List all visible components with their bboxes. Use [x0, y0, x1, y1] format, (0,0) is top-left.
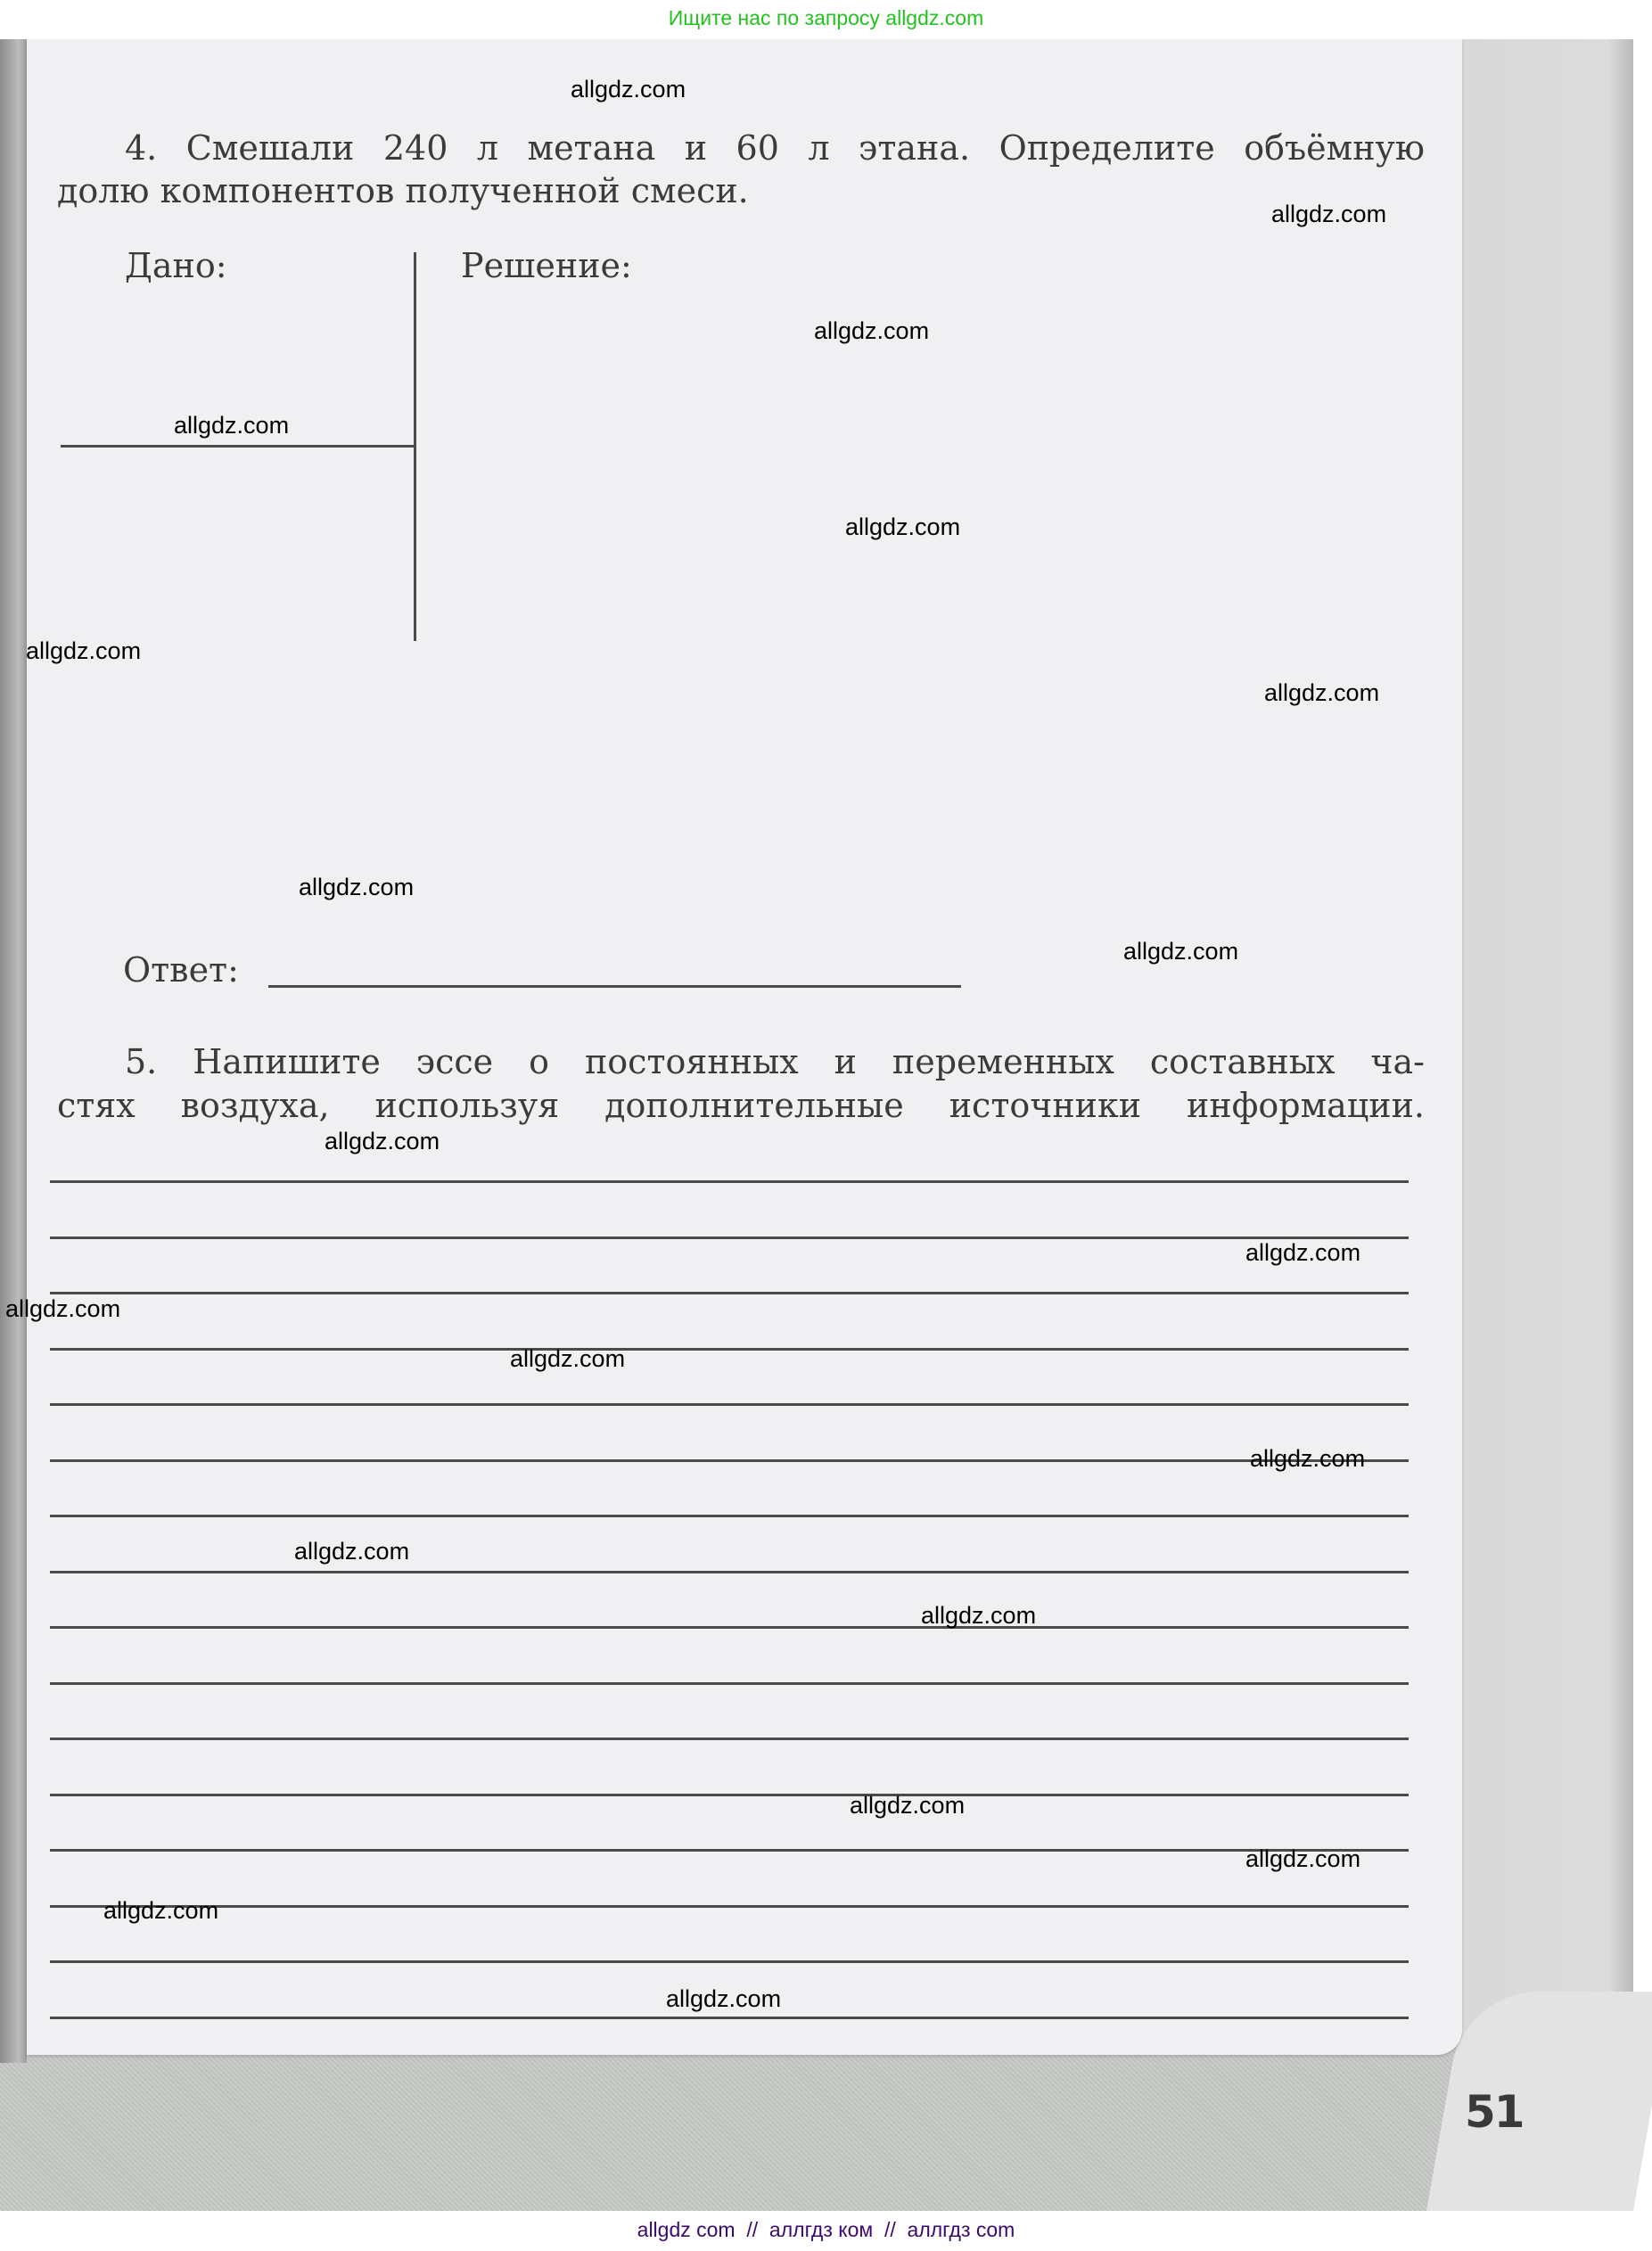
solution-label: Решение:: [461, 246, 632, 285]
watermark: allgdz.com: [299, 874, 414, 901]
watermark: allgdz.com: [845, 513, 960, 541]
watermark: allgdz.com: [921, 1602, 1036, 1630]
task5-line1: 5. Напишите эссе о постоянных и переменн…: [125, 1042, 1425, 1081]
task5-line2: стях воздуха, используя дополнительные и…: [57, 1086, 1425, 1125]
worksheet-page: 4. Смешали 240 л метана и 60 л этана. Оп…: [27, 39, 1462, 2055]
watermark: allgdz.com: [814, 317, 929, 345]
top-banner: Ищите нас по запросу allgdz.com: [0, 0, 1652, 39]
ruled-line[interactable]: [50, 1626, 1409, 1629]
watermark: allgdz.com: [1264, 679, 1379, 707]
watermark: allgdz.com: [510, 1345, 625, 1373]
ruled-line[interactable]: [50, 1403, 1409, 1406]
task4-line2: долю компонентов полученной смеси.: [57, 171, 749, 210]
ruled-line[interactable]: [50, 1236, 1409, 1239]
watermark: allgdz.com: [1245, 1239, 1360, 1267]
watermark: allgdz.com: [325, 1128, 440, 1155]
ruled-line[interactable]: [50, 1960, 1409, 1963]
watermark: allgdz.com: [666, 1985, 781, 2013]
watermark: allgdz.com: [1245, 1845, 1360, 1873]
ruled-line[interactable]: [50, 1794, 1409, 1796]
given-label: Дано:: [125, 246, 227, 285]
watermark: allgdz.com: [294, 1538, 409, 1565]
watermark: allgdz.com: [571, 76, 686, 103]
ruled-line[interactable]: [50, 1180, 1409, 1183]
page-number: 51: [1465, 2086, 1524, 2138]
ruled-line[interactable]: [50, 1905, 1409, 1908]
answer-label: Ответ:: [123, 950, 239, 990]
ruled-line[interactable]: [50, 2017, 1409, 2019]
watermark: allgdz.com: [1271, 201, 1386, 228]
watermark: allgdz.com: [5, 1295, 120, 1323]
bottom-banner: allgdz com // аллгдз ком // аллгдз com: [0, 2211, 1652, 2251]
watermark: allgdz.com: [850, 1792, 965, 1820]
ruled-line[interactable]: [50, 1738, 1409, 1740]
watermark: allgdz.com: [1123, 938, 1238, 965]
ruled-line[interactable]: [50, 1292, 1409, 1294]
ruled-line[interactable]: [50, 1515, 1409, 1517]
answer-line: [268, 985, 961, 988]
ruled-line[interactable]: [50, 1682, 1409, 1685]
ruled-line[interactable]: [50, 1571, 1409, 1573]
task4-line1: 4. Смешали 240 л метана и 60 л этана. Оп…: [125, 128, 1425, 168]
page-edge-strip: [1462, 39, 1633, 2211]
ruled-line[interactable]: [50, 1849, 1409, 1852]
watermark: allgdz.com: [26, 637, 141, 665]
scanned-page: 51 4. Смешали 240 л метана и 60 л этана.…: [0, 39, 1633, 2211]
given-underline: [61, 445, 415, 448]
book-spine: [0, 39, 27, 2063]
watermark: allgdz.com: [1250, 1445, 1365, 1473]
ruled-line[interactable]: [50, 1459, 1409, 1462]
watermark: allgdz.com: [103, 1897, 218, 1925]
ruled-line[interactable]: [50, 1348, 1409, 1351]
watermark: allgdz.com: [174, 412, 289, 440]
